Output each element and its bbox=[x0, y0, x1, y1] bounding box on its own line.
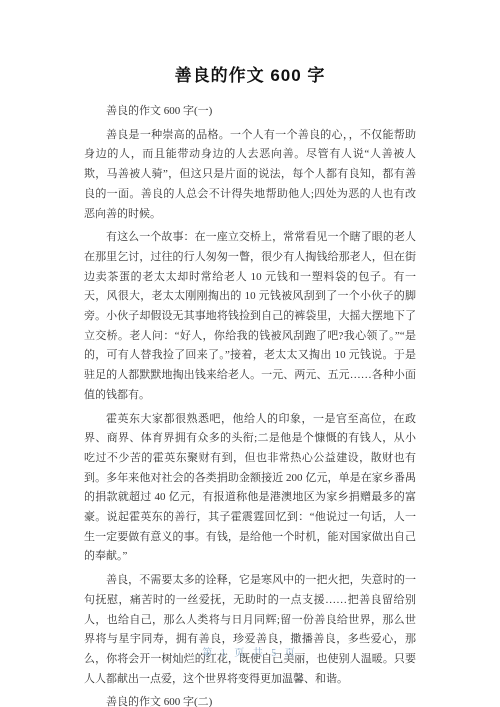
essay-paragraph: 善良，不需要太多的诠释，它是寒风中的一把火把，失意时的一句抚慰，痛苦时的一丝爱抚… bbox=[84, 571, 416, 689]
essay-paragraph: 善良是一种崇高的品格。一个人有一个善良的心，，不仅能帮助身边的人，而且能带动身边… bbox=[84, 126, 416, 225]
document-page: 善良的作文 600 字 善良的作文 600 字(一) 善良是一种崇高的品格。一个… bbox=[0, 0, 500, 707]
document-title: 善良的作文 600 字 bbox=[0, 0, 500, 88]
section-heading-part-2: 善良的作文 600 字(二) bbox=[84, 693, 416, 707]
page-number-footer: 第 1 页 共 5 页 bbox=[0, 644, 500, 659]
section-heading-part-1: 善良的作文 600 字(一) bbox=[84, 102, 416, 122]
essay-paragraph: 霍英东大家都很熟悉吧，他给人的印象，一是官至高位，在政界、商界、体育界拥有众多的… bbox=[84, 410, 416, 568]
document-body: 善良的作文 600 字(一) 善良是一种崇高的品格。一个人有一个善良的心，，不仅… bbox=[84, 102, 416, 707]
essay-paragraph: 有这么一个故事：在一座立交桥上，常常看见一个瞎了眼的老人在那里乞讨，过往的行人匆… bbox=[84, 228, 416, 405]
